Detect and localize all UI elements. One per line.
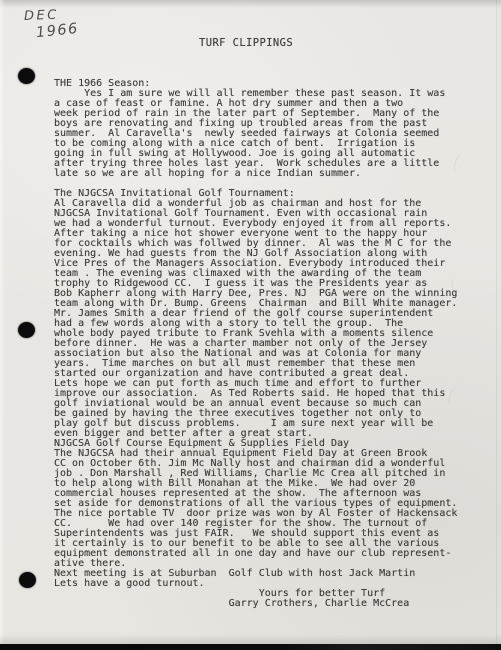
hole-punch-mark-2 — [18, 322, 35, 338]
scan-bottom-edge — [0, 644, 501, 650]
handwritten-year: 1966 — [35, 21, 79, 41]
scan-bottom-shade — [0, 634, 501, 644]
hole-punch-mark-3 — [19, 572, 36, 588]
handwritten-date: DEC 1966 — [24, 8, 79, 39]
typewritten-body: THE 1966 Season: Yes I am sure we will a… — [54, 79, 457, 609]
typewritten-line: late so we are all hoping for a nice Ind… — [54, 169, 457, 179]
page-title: TURF CLIPPINGS — [199, 37, 293, 49]
typewritten-line: Garry Crothers, Charlie McCrea — [54, 599, 457, 609]
hole-punch-mark-1 — [18, 68, 35, 84]
scan-right-edge-line — [496, 0, 497, 650]
scanned-document-page: DEC 1966 TURF CLIPPINGS THE 1966 Season:… — [0, 0, 501, 650]
scan-left-edge — [0, 0, 5, 650]
